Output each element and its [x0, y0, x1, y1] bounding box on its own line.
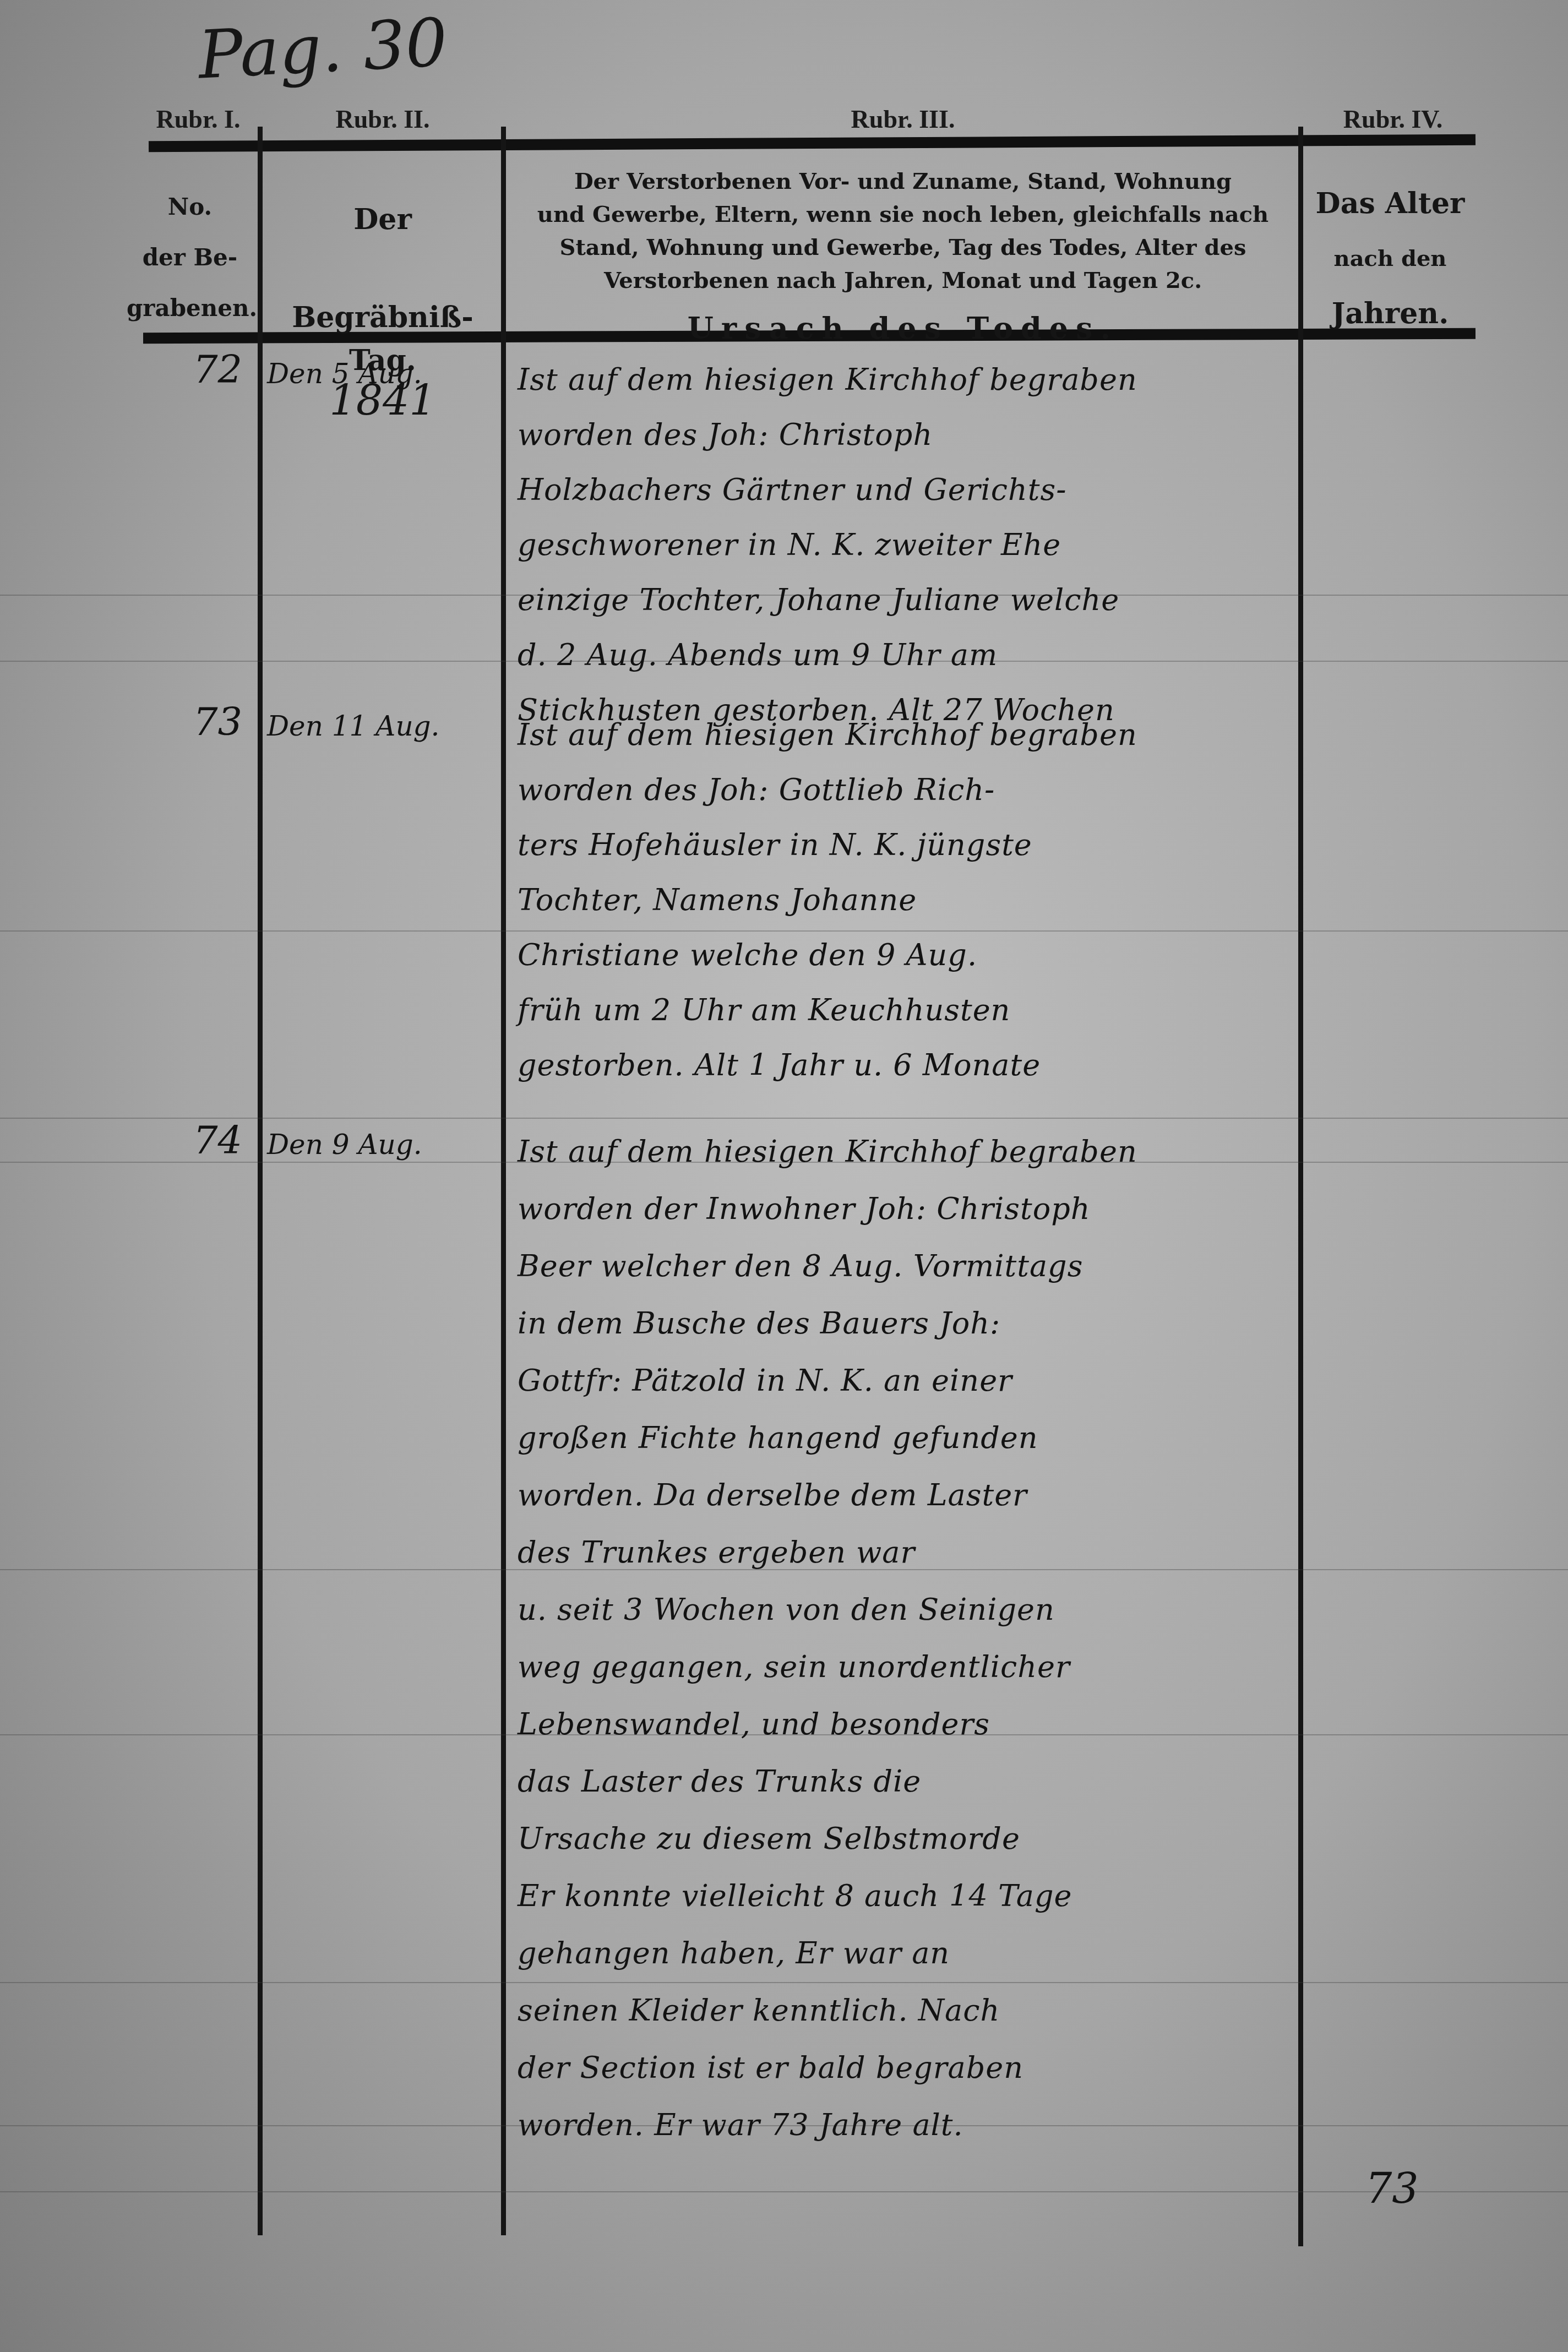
header-text: nach den [1310, 231, 1470, 286]
header-text: Der Verstorbenen Vor- und Zuname, Stand,… [518, 165, 1288, 198]
column-divider-2 [501, 127, 506, 2235]
entry-line: Ist auf dem hiesigen Kirchhof begraben [518, 1123, 1299, 1180]
entry-line: Lebenswandel, und besonders [518, 1696, 1299, 1753]
header-text: der Be- [127, 232, 253, 283]
entry-burial-date: Den 5 Aug. [267, 358, 498, 390]
column-divider-1 [258, 127, 263, 2235]
header-cause-of-death: Ursach des Todes. [518, 312, 1288, 345]
entry-age: 73 [1365, 2164, 1419, 2213]
header-text: Das Alter [1310, 176, 1470, 231]
entry-description: Ist auf dem hiesigen Kirchhof begraben w… [518, 707, 1299, 1093]
entry-line: Holzbachers Gärtner und Gerichts- [518, 462, 1299, 518]
entry-line: gehangen haben, Er war an [518, 1925, 1299, 1982]
entry-line: der Section ist er bald begraben [518, 2039, 1299, 2097]
entry-line: d. 2 Aug. Abends um 9 Uhr am [518, 628, 1299, 683]
entry-line: Er konnte vielleicht 8 auch 14 Tage [518, 1868, 1299, 1925]
entry-line: früh um 2 Uhr am Keuchhusten [518, 983, 1299, 1038]
rubric-4-label: Rubr. IV. [1310, 105, 1476, 134]
header-text: und Gewerbe, Eltern, wenn sie noch leben… [518, 198, 1288, 231]
entry-burial-date: Den 9 Aug. [267, 1129, 498, 1161]
entry-line: Ursache zu diesem Selbstmorde [518, 1810, 1299, 1868]
header-text: grabenen. [127, 283, 253, 334]
entry-line: worden. Er war 73 Jahre alt. [518, 2097, 1299, 2154]
entry-line: worden. Da derselbe dem Laster [518, 1467, 1299, 1524]
header-text: Verstorbenen nach Jahren, Monat und Tage… [518, 264, 1288, 297]
entry-number: 74 [143, 1118, 242, 1163]
header-col-age: Das Alter nach den Jahren. [1310, 176, 1470, 341]
rubric-2-label: Rubr. II. [264, 105, 501, 134]
entry-line: Ist auf dem hiesigen Kirchhof begraben [518, 352, 1299, 407]
entry-line: ters Hofehäusler in N. K. jüngste [518, 818, 1299, 873]
entry-line: worden der Inwohner Joh: Christoph [518, 1180, 1299, 1238]
entry-line: großen Fichte hangend gefunden [518, 1409, 1299, 1467]
header-text: Stand, Wohnung und Gewerbe, Tag des Tode… [518, 231, 1288, 264]
entry-line: Christiane welche den 9 Aug. [518, 928, 1299, 983]
rubric-1-label: Rubr. I. [138, 105, 259, 134]
entry-line: einzige Tochter, Johane Juliane welche [518, 573, 1299, 628]
entry-line: worden des Joh: Christoph [518, 407, 1299, 462]
header-top-rule [149, 134, 1476, 153]
header-text: Der [264, 198, 501, 241]
header-col-number: No. der Be- grabenen. [127, 182, 253, 334]
entry-line: weg gegangen, sein unordentlicher [518, 1638, 1299, 1696]
entry-description: Ist auf dem hiesigen Kirchhof begraben w… [518, 1123, 1299, 2154]
entry-number: 72 [143, 347, 242, 392]
entry-line: worden des Joh: Gottlieb Rich- [518, 763, 1299, 818]
header-text: No. [127, 182, 253, 232]
entry-line: Gottfr: Pätzold in N. K. an einer [518, 1352, 1299, 1409]
rubric-3-label: Rubr. III. [518, 105, 1288, 134]
entry-line: Ist auf dem hiesigen Kirchhof begraben [518, 707, 1299, 763]
ruled-line [0, 2191, 1568, 2192]
entry-line: des Trunkes ergeben war [518, 1524, 1299, 1581]
header-col-description: Der Verstorbenen Vor- und Zuname, Stand,… [518, 165, 1288, 345]
entry-description: Ist auf dem hiesigen Kirchhof begraben w… [518, 352, 1299, 738]
entry-line: Beer welcher den 8 Aug. Vormittags [518, 1238, 1299, 1295]
header-text: Jahren. [1310, 286, 1470, 341]
entry-number: 73 [143, 699, 242, 744]
entry-line: in dem Busche des Bauers Joh: [518, 1295, 1299, 1352]
entry-burial-date: Den 11 Aug. [267, 710, 498, 742]
entry-line: das Laster des Trunks die [518, 1753, 1299, 1810]
entry-line: u. seit 3 Wochen von den Seinigen [518, 1581, 1299, 1638]
register-page: Pag. 30 Rubr. I. Rubr. II. Rubr. III. Ru… [0, 0, 1568, 2352]
entry-line: Tochter, Namens Johanne [518, 873, 1299, 928]
entry-line: seinen Kleider kenntlich. Nach [518, 1982, 1299, 2039]
page-number: Pag. 30 [197, 4, 449, 94]
entry-line: gestorben. Alt 1 Jahr u. 6 Monate [518, 1038, 1299, 1093]
entry-line: geschworener in N. K. zweiter Ehe [518, 518, 1299, 573]
